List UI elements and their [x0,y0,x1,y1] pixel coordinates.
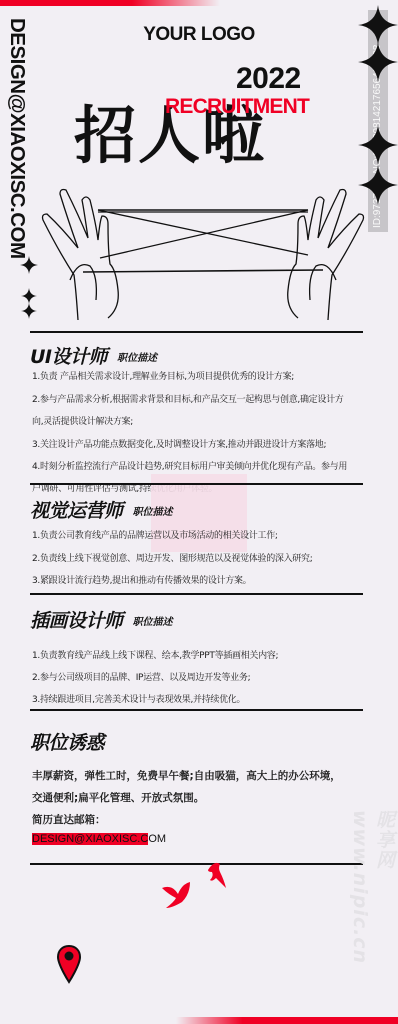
section-title-visual-operator: 视觉运营师职位描述 [30,496,173,523]
description-line: 1.负责公司教育线产品的品牌运营以及市场活动的相关设计工作; [32,528,278,541]
map-pin-icon [56,944,82,984]
bird-icon [160,858,240,918]
email-highlight: DESIGN@XIAOXISC.C [32,833,148,845]
bottom-accent-bar [176,1017,398,1024]
recruitment-text: RECRUITMENT [165,95,309,119]
sparkle-icon [21,303,37,319]
email-rest: OM [148,833,166,845]
divider [30,593,363,595]
hands-string-illustration [38,180,368,325]
section-subtitle: 职位描述 [117,353,157,364]
sparkle-icon [358,42,398,82]
year-text: 2022 [236,62,301,96]
sparkle-icon [20,255,38,275]
sparkle-icon [358,125,398,165]
divider [30,709,363,711]
section-subtitle: 职位描述 [133,617,173,628]
watermark: 昵享网 www.nipic.cn [368,810,398,1010]
section-title-text: UI设计师 [30,346,107,368]
section-title-text: 插画设计师 [30,610,123,632]
description-line: 2.参与产品需求分析,根据需求背景和目标,和产品交互一起构思与创意,确定设计方 [32,392,343,405]
description-line: 4.时刻分析监控流行产品设计趋势,研究目标用户审美倾向并优化现有产品。参与用 [32,459,347,472]
perk-line: 交通便利;扁平化管理、开放式氛围。 [32,790,204,805]
sparkle-icon [21,288,37,304]
description-line: 3.关注设计产品功能点数据变化,及时调整设计方案,推动并跟进设计方案落地; [32,437,326,450]
description-line: 2.参与公司级项目的品牌、IP运营、以及周边开发等业务; [32,670,250,683]
divider [30,483,363,485]
description-line: 3.紧跟设计流行趋势,提出和推动有传播效果的设计方案。 [32,573,251,586]
description-line: 1.负责教育线产品线上线下课程、绘本,教学PPT等插画相关内容; [32,648,278,661]
section-title-illustrator: 插画设计师职位描述 [30,606,173,633]
description-line: 2.负责线上线下视觉创意、周边开发、图形规范以及视觉体验的深入研究; [32,551,312,564]
description-line: 3.持续跟进项目,完善美术设计与表现效果,并持续优化。 [32,692,245,705]
description-line: 向,灵活提供设计解决方案; [32,414,133,427]
section-title-ui-designer: UI设计师职位描述 [30,342,157,369]
resume-email[interactable]: DESIGN@XIAOXISC.COM [32,833,166,845]
top-accent-bar [0,0,220,6]
divider [30,331,363,333]
section-subtitle: 职位描述 [133,507,173,518]
resume-label: 简历直达邮箱： [32,812,106,827]
side-email-vertical: DESIGN@XIAOXISC.COM [5,18,29,276]
section-title-text: 视觉运营师 [30,500,123,522]
perk-line: 丰厚薪资，弹性工时，免费早午餐;自由吸猫，高大上的办公环境， [32,768,341,783]
description-line: 1.负责 产品相关需求设计,理解业务目标,为项目提供优秀的设计方案; [32,369,294,382]
perks-title: 职位诱惑 [30,728,104,755]
logo-text: YOUR LOGO [0,24,398,46]
